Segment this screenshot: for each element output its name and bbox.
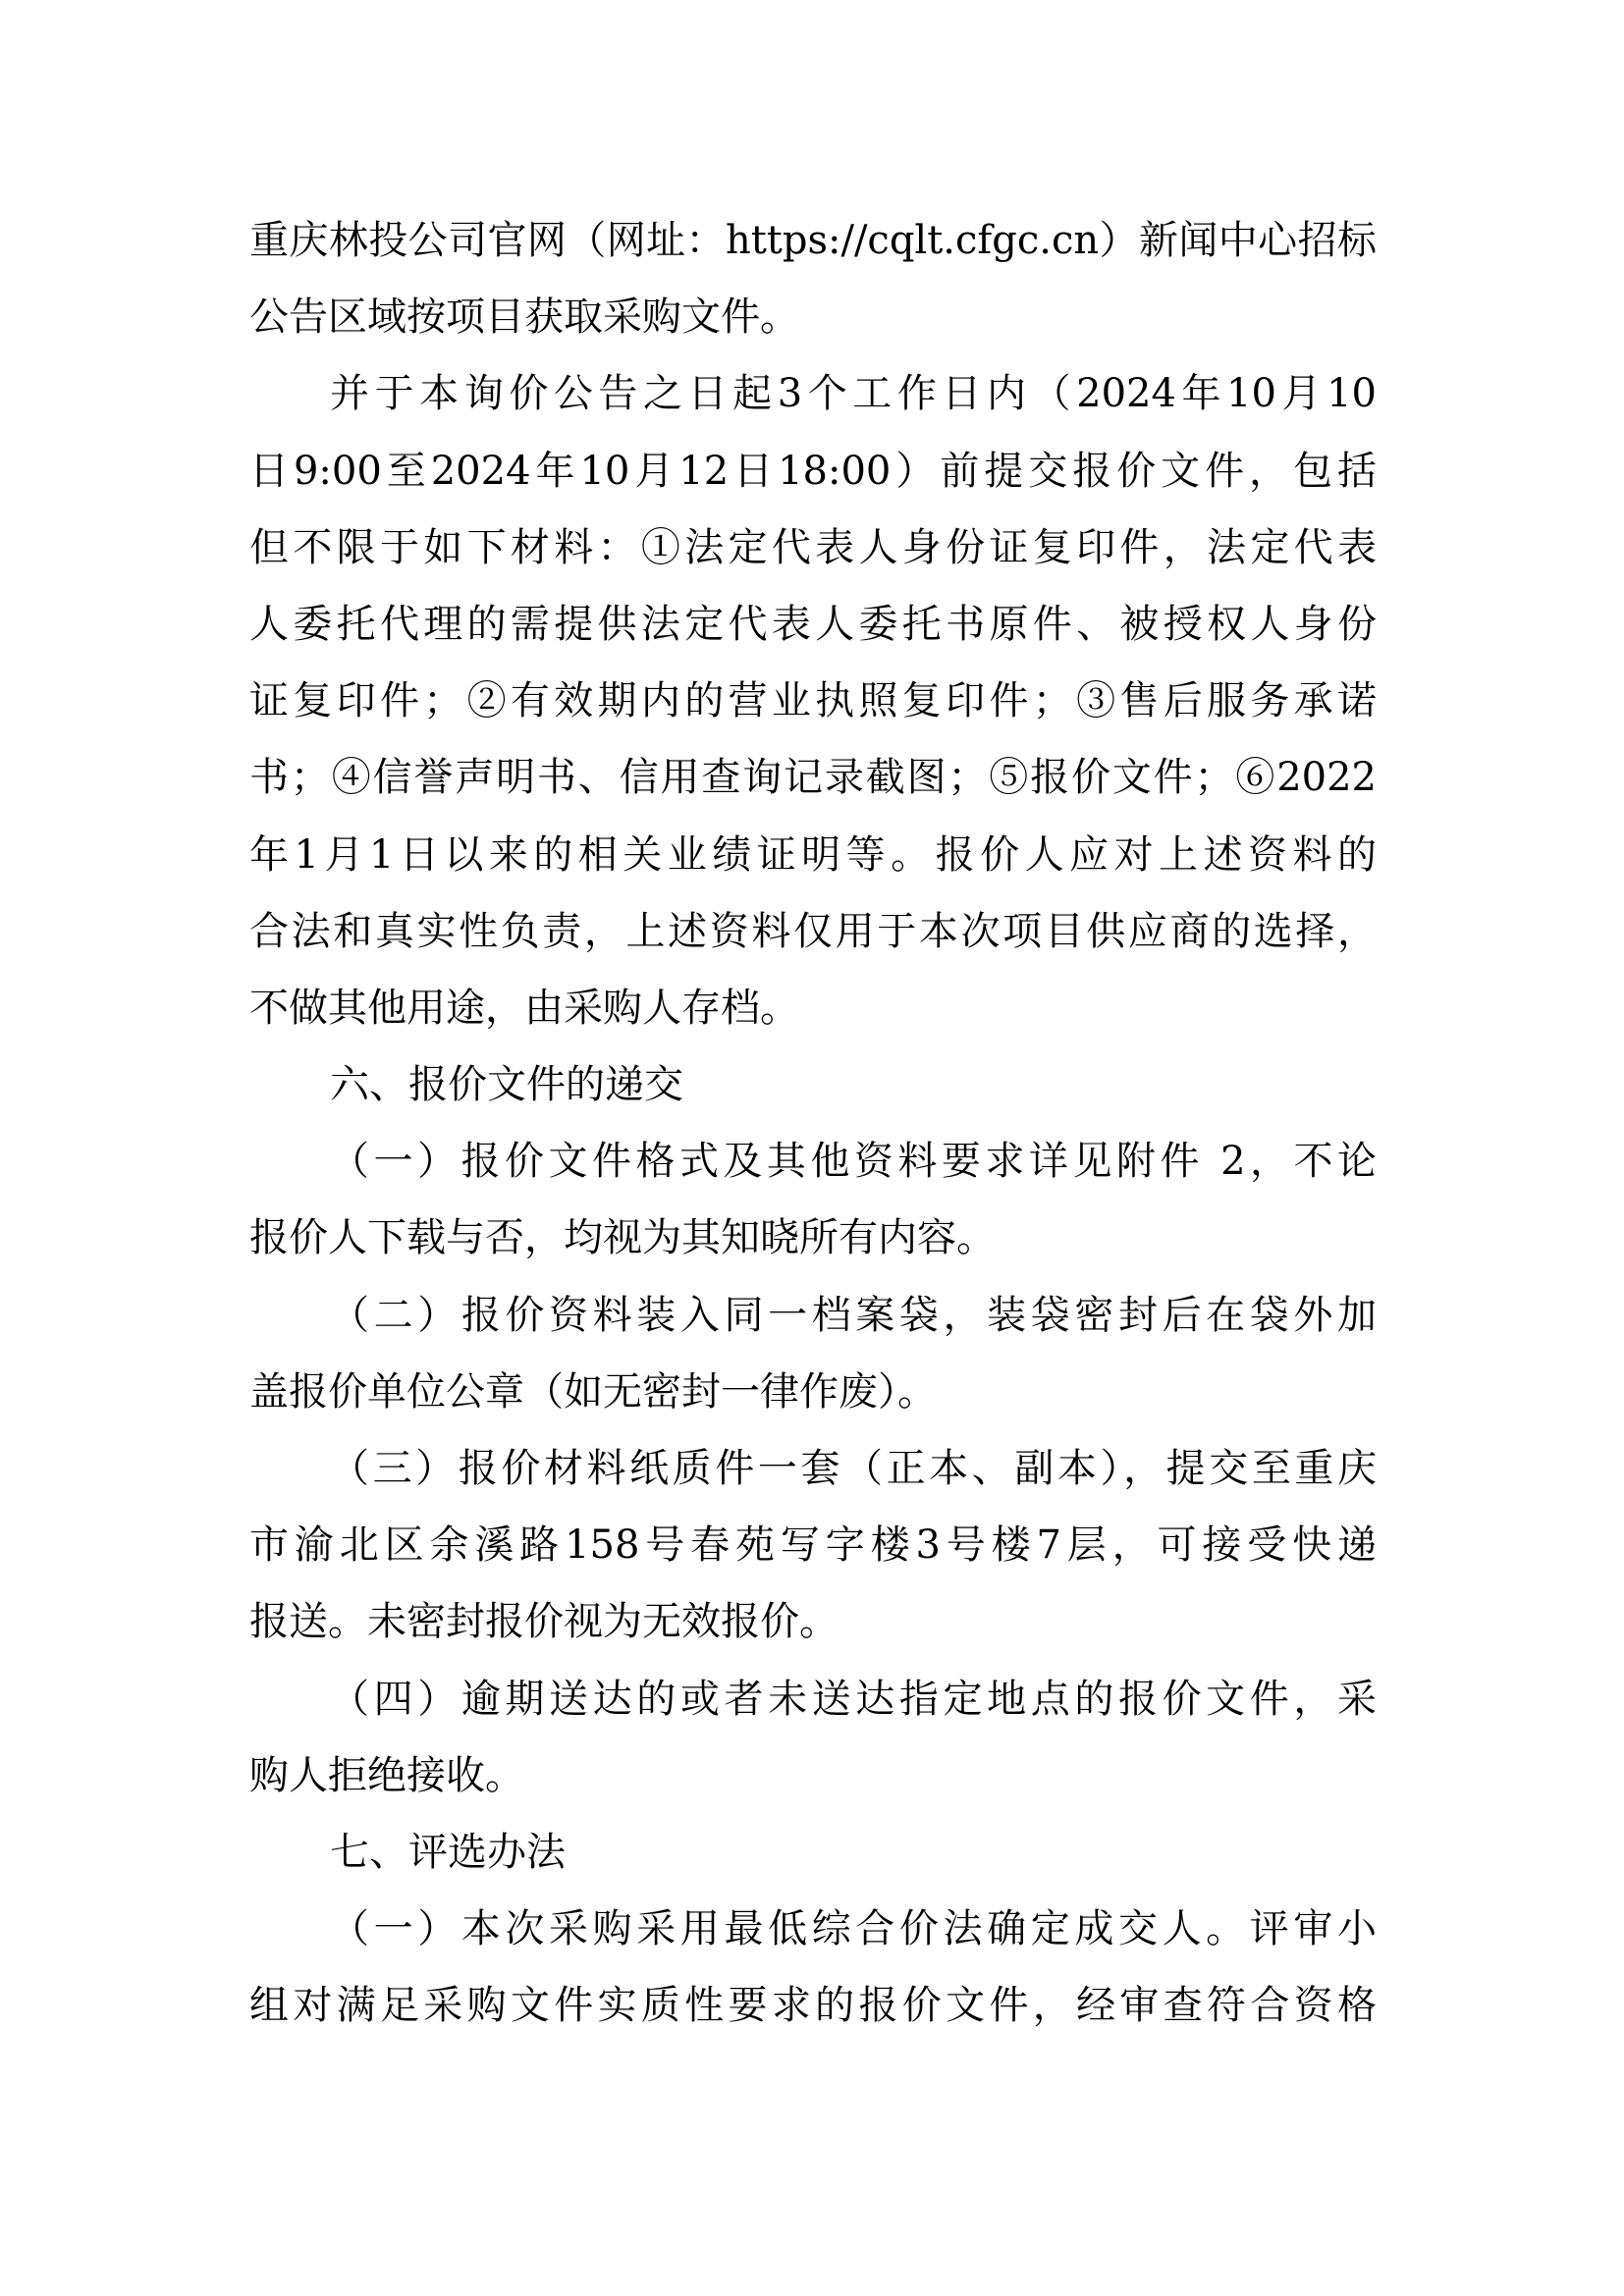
text-line: 年1月1日以来的相关业绩证明等。报价人应对上述资料的 <box>249 817 1377 893</box>
text-line: 报送。未密封报价视为无效报价。 <box>249 1583 1377 1660</box>
text-line: 盖报价单位公章（如无密封一律作废）。 <box>249 1354 1377 1430</box>
text-line: 书；④信誉声明书、信用查询记录截图；⑤报价文件；⑥2022 <box>249 739 1377 816</box>
text-line: 人委托代理的需提供法定代表人委托书原件、被授权人身份 <box>249 586 1377 663</box>
text-line: （四）逾期送达的或者未送达指定地点的报价文件，采 <box>249 1661 1377 1737</box>
text-line: 重庆林投公司官网（网址：https://cqlt.cfgc.cn）新闻中心招标 <box>249 202 1377 279</box>
text-line: 但不限于如下材料：①法定代表人身份证复印件，法定代表 <box>249 509 1377 586</box>
text-line: 合法和真实性负责，上述资料仅用于本次项目供应商的选择， <box>249 893 1377 970</box>
text-line: 公告区域按项目获取采购文件。 <box>249 279 1377 355</box>
text-line: 证复印件；②有效期内的营业执照复印件；③售后服务承诺 <box>249 663 1377 739</box>
document-page: 重庆林投公司官网（网址：https://cqlt.cfgc.cn）新闻中心招标 … <box>249 202 1377 2045</box>
text-line: （二）报价资料装入同一档案袋，装袋密封后在袋外加 <box>249 1277 1377 1354</box>
text-line: 不做其他用途，由采购人存档。 <box>249 970 1377 1046</box>
section-title: 六、报价文件的递交 <box>249 1046 1377 1123</box>
section-heading-evaluation: 七、评选办法 <box>249 1814 1377 1891</box>
text-line: （一）报价文件格式及其他资料要求详见附件 2，不论 <box>249 1123 1377 1200</box>
section-heading-submission: 六、报价文件的递交 <box>249 1046 1377 1123</box>
paragraph-item-2: （二）报价资料装入同一档案袋，装袋密封后在袋外加 盖报价单位公章（如无密封一律作… <box>249 1277 1377 1430</box>
paragraph-evaluation-item-1: （一）本次采购采用最低综合价法确定成交人。评审小 组对满足采购文件实质性要求的报… <box>249 1891 1377 2044</box>
paragraph-item-1: （一）报价文件格式及其他资料要求详见附件 2，不论 报价人下载与否，均视为其知晓… <box>249 1123 1377 1276</box>
text-line: 报价人下载与否，均视为其知晓所有内容。 <box>249 1200 1377 1276</box>
text-line: （三）报价材料纸质件一套（正本、副本），提交至重庆 <box>249 1430 1377 1507</box>
text-line: 市渝北区余溪路158号春苑写字楼3号楼7层，可接受快递 <box>249 1507 1377 1583</box>
paragraph-submission-materials: 并于本询价公告之日起3个工作日内（2024年10月10 日9:00至2024年1… <box>249 355 1377 1046</box>
text-line: 购人拒绝接收。 <box>249 1737 1377 1814</box>
text-line: 日9:00至2024年10月12日18:00）前提交报价文件，包括 <box>249 433 1377 509</box>
paragraph-item-4: （四）逾期送达的或者未送达指定地点的报价文件，采 购人拒绝接收。 <box>249 1661 1377 1814</box>
text-line: 并于本询价公告之日起3个工作日内（2024年10月10 <box>249 355 1377 432</box>
section-title: 七、评选办法 <box>249 1814 1377 1891</box>
text-line: 组对满足采购文件实质性要求的报价文件，经审查符合资格 <box>249 1967 1377 2044</box>
paragraph-item-3: （三）报价材料纸质件一套（正本、副本），提交至重庆 市渝北区余溪路158号春苑写… <box>249 1430 1377 1661</box>
paragraph-procurement-source: 重庆林投公司官网（网址：https://cqlt.cfgc.cn）新闻中心招标 … <box>249 202 1377 355</box>
text-line: （一）本次采购采用最低综合价法确定成交人。评审小 <box>249 1891 1377 1967</box>
